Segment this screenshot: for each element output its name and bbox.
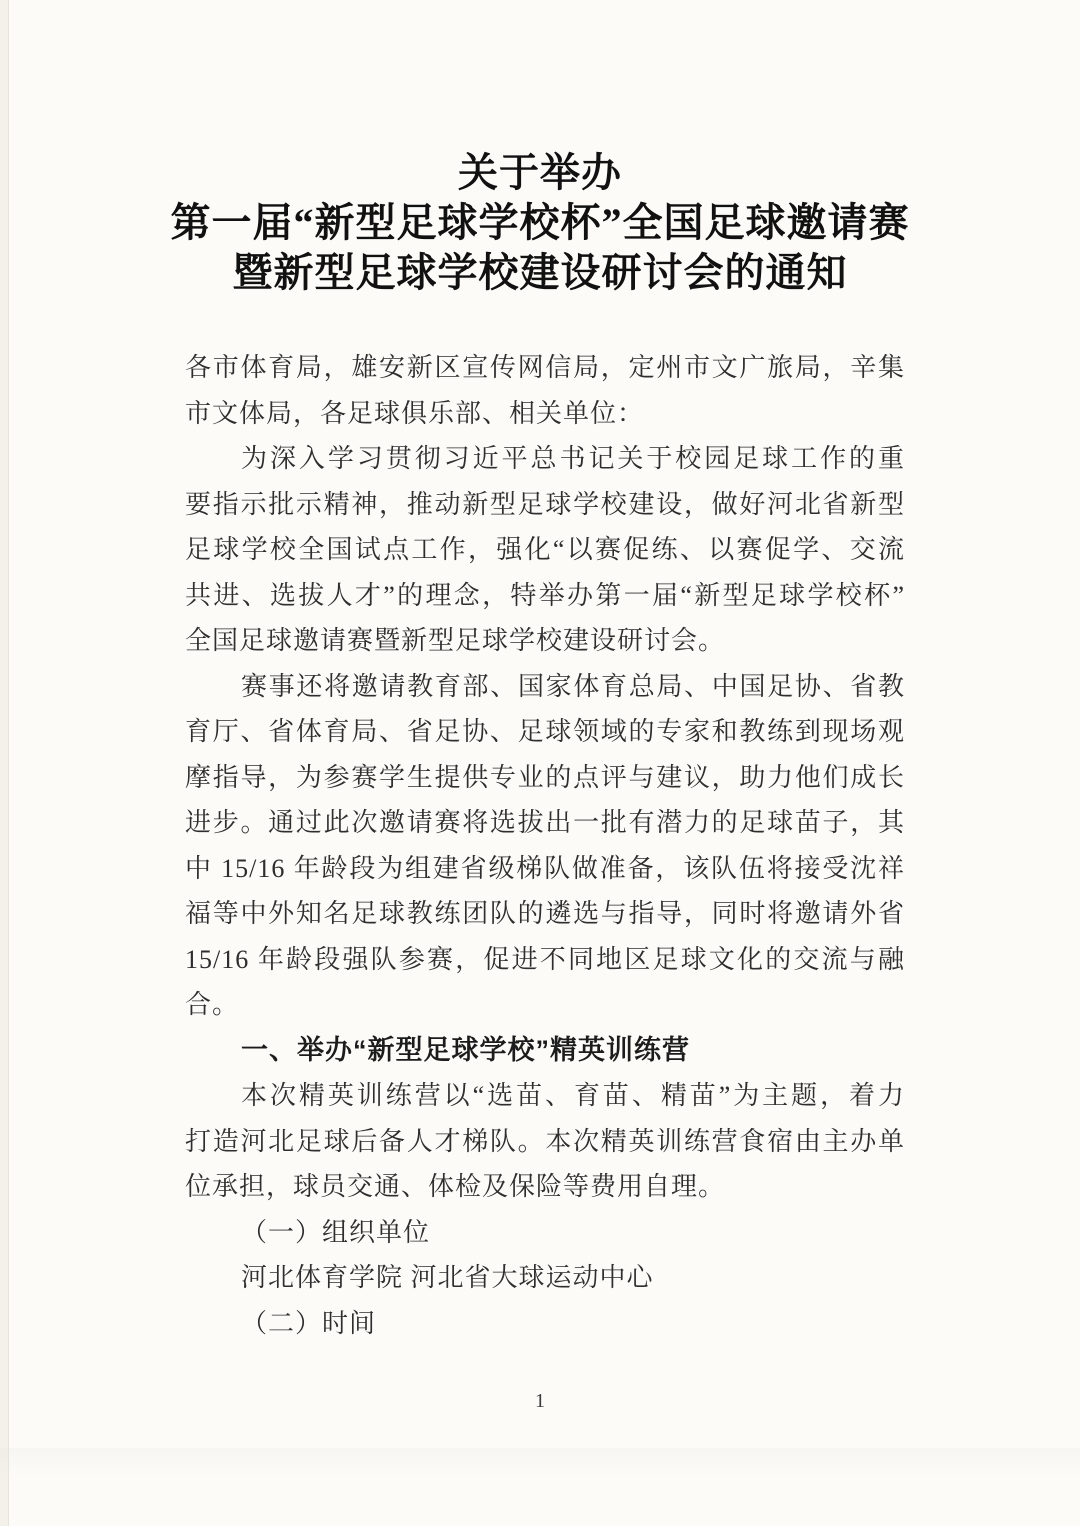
body-line: 要指示批示精神，推动新型足球学校建设，做好河北省新型 (185, 482, 905, 528)
scan-edge-left (0, 0, 9, 1526)
page-number: 1 (0, 1388, 1080, 1414)
body-line: 位承担，球员交通、体检及保险等费用自理。 (185, 1164, 905, 1210)
scan-noise-band (0, 1448, 1080, 1476)
body-line: 为深入学习贯彻习近平总书记关于校园足球工作的重 (185, 436, 905, 482)
body-line: 合。 (185, 982, 905, 1028)
body-line: 本次精英训练营以“选苗、育苗、精苗”为主题，着力 (185, 1073, 905, 1119)
body-line: 育厅、省体育局、省足协、足球领域的专家和教练到现场观 (185, 709, 905, 755)
sub-heading: （二）时间 (185, 1301, 905, 1347)
body-line: 福等中外知名足球教练团队的遴选与指导，同时将邀请外省 (185, 891, 905, 937)
body-line: 打造河北足球后备人才梯队。本次精英训练营食宿由主办单 (185, 1119, 905, 1165)
body-line: 赛事还将邀请教育部、国家体育总局、中国足协、省教 (185, 664, 905, 710)
body-line: 河北体育学院 河北省大球运动中心 (185, 1255, 905, 1301)
body-line: 共进、选拔人才”的理念，特举办第一届“新型足球学校杯” (185, 573, 905, 619)
document-page: 关于举办 第一届“新型足球学校杯”全国足球邀请赛 暨新型足球学校建设研讨会的通知… (0, 0, 1080, 1526)
title-line-2: 第一届“新型足球学校杯”全国足球邀请赛 (60, 198, 1020, 248)
body-line: 市文体局，各足球俱乐部、相关单位： (185, 391, 905, 437)
body-line: 全国足球邀请赛暨新型足球学校建设研讨会。 (185, 618, 905, 664)
section-heading: 一、举办“新型足球学校”精英训练营 (185, 1028, 905, 1074)
sub-heading: （一）组织单位 (185, 1210, 905, 1256)
body-line: 进步。通过此次邀请赛将选拔出一批有潜力的足球苗子，其 (185, 800, 905, 846)
body-line: 各市体育局，雄安新区宣传网信局，定州市文广旅局，辛集 (185, 345, 905, 391)
title-line-1: 关于举办 (60, 148, 1020, 198)
body-line: 中 15/16 年龄段为组建省级梯队做准备，该队伍将接受沈祥 (185, 846, 905, 892)
body-line: 15/16 年龄段强队参赛，促进不同地区足球文化的交流与融 (185, 937, 905, 983)
document-title: 关于举办 第一届“新型足球学校杯”全国足球邀请赛 暨新型足球学校建设研讨会的通知 (60, 148, 1020, 298)
body-line: 足球学校全国试点工作，强化“以赛促练、以赛促学、交流 (185, 527, 905, 573)
document-body: 各市体育局，雄安新区宣传网信局，定州市文广旅局，辛集 市文体局，各足球俱乐部、相… (185, 345, 905, 1346)
body-line: 摩指导，为参赛学生提供专业的点评与建议，助力他们成长 (185, 755, 905, 801)
title-line-3: 暨新型足球学校建设研讨会的通知 (60, 248, 1020, 298)
